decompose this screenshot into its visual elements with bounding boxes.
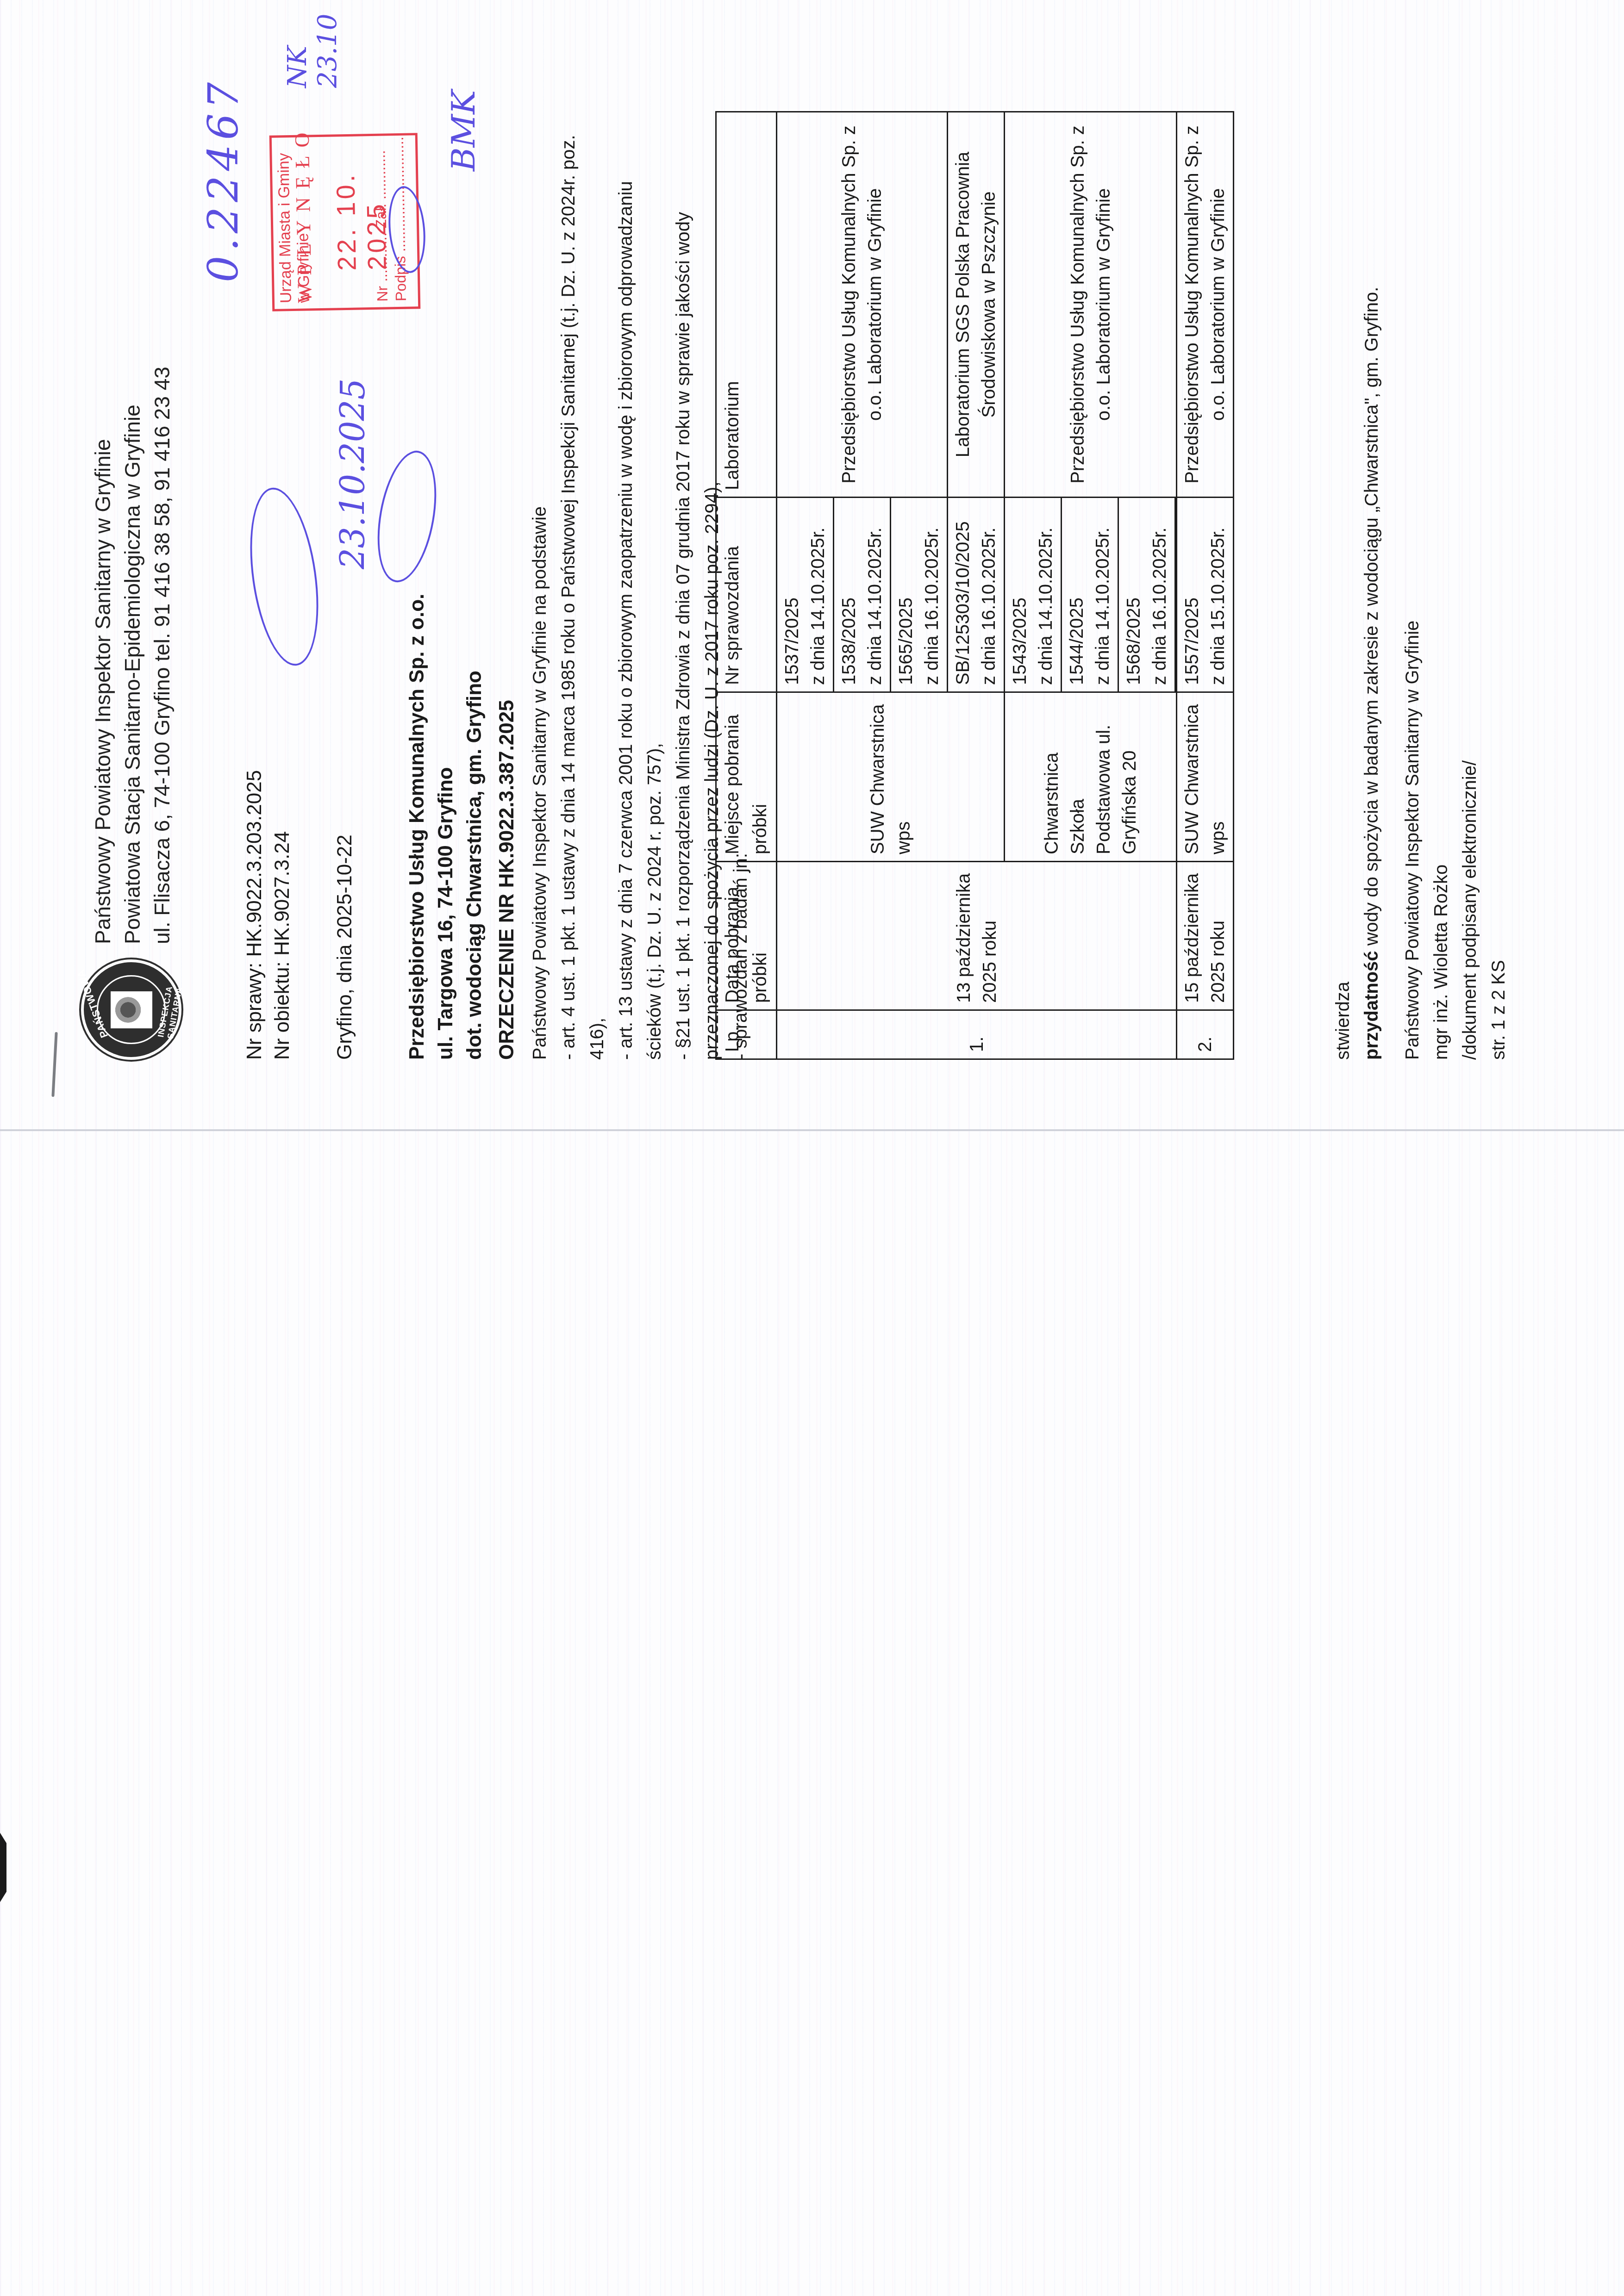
letterhead-station: Powiatowa Stacja Sanitarno-Epidemiologic… [118, 367, 147, 944]
row-laboratory: Laboratorium SGS Polska Pracownia Środow… [948, 112, 1005, 498]
document-date: Gryfino, dnia 2025-10-22 [333, 834, 356, 1060]
report-cell: SB/125303/10/2025z dnia 16.10.2025r. [948, 498, 1005, 692]
recipient-address: ul. Targowa 16, 74-100 Gryfino [431, 594, 460, 1060]
sanitary-inspection-logo-icon: PAŃSTWOWA INSPEKCJA SANITARNA [81, 959, 181, 1060]
report-cell: 1543/2025z dnia 14.10.2025r. [1005, 498, 1062, 692]
handwritten-initials: NK 23.10 [282, 14, 343, 88]
recipient-subject: dot. wodociąg Chwarstnica, gm. Gryfino [460, 594, 489, 1060]
row-laboratory: Przedsiębiorstwo Usług Komunalnych Sp. z… [777, 112, 948, 498]
handwritten-signature-icon [369, 446, 445, 587]
signatory-title: Państwowy Powiatowy Inspektor Sanitarny … [1398, 621, 1427, 1060]
table-header-row: Lp. Data pobrania próbki Miejsce pobrani… [716, 112, 777, 1059]
handwritten-signature-icon [240, 483, 329, 670]
row-lp: 2. [1177, 1010, 1234, 1059]
eagle-emblem-icon [114, 995, 149, 1025]
row-laboratory: Przedsiębiorstwo Usług Komunalnych Sp. z… [1005, 112, 1177, 498]
row-sample-place: SUW Chwarstnica wps [1177, 692, 1234, 862]
case-number: Nr sprawy: HK.9022.3.203.2025 [241, 770, 269, 1060]
object-number: Nr obiektu: HK.9027.3.24 [269, 770, 296, 1060]
conclusion-verb: stwierdza [1329, 287, 1357, 1060]
row-sample-place: Chwarstnica Szkoła Podstawowa ul. Gryfiń… [1005, 692, 1177, 862]
row-lp: 1. [777, 1010, 1177, 1059]
row-sample-date: 15 października 2025 roku [1177, 862, 1234, 1010]
legal-basis-item: - art. 4 ust. 1 pkt. 1 ustawy z dnia 14 … [554, 111, 612, 1060]
sample-results-table: Lp. Data pobrania próbki Miejsce pobrani… [715, 111, 1234, 1060]
row-sample-place: SUW Chwarstnica wps [777, 692, 1005, 862]
header-sample-place: Miejsce pobrania próbki [716, 692, 777, 862]
ruling-intro: Państwowy Powiatowy Inspektor Sanitarny … [525, 111, 554, 1060]
scan-edge-mark [0, 1833, 6, 1902]
table-row: 2. 15 października 2025 roku SUW Chwarst… [1177, 112, 1234, 1059]
letterhead-address: ul. Flisacza 6, 74-100 Gryfino tel. 91 4… [147, 367, 177, 944]
report-cell: 1537/2025z dnia 14.10.2025r. [777, 498, 834, 692]
report-cell: 1538/2025z dnia 14.10.2025r. [834, 498, 891, 692]
header-lp: Lp. [716, 1010, 777, 1059]
report-cell: 1565/2025z dnia 16.10.2025r. [891, 498, 948, 692]
report-cell: 1568/2025z dnia 16.10.2025r. [1118, 498, 1175, 692]
conclusion-rest: wody do spożycia w badanym zakresie z wo… [1362, 287, 1382, 951]
letterhead: Państwowy Powiatowy Inspektor Sanitarny … [88, 367, 177, 944]
ruling-title: ORZECZENIE NR HK.9022.3.387.2025 [495, 700, 518, 1060]
row-sample-date: 13 października 2025 roku [777, 862, 1177, 1010]
recipient-name: Przedsiębiorstwo Usług Komunalnych Sp. z… [403, 594, 431, 1060]
conclusion-bold: przydatność [1362, 951, 1382, 1060]
recipient-block: Przedsiębiorstwo Usług Komunalnych Sp. z… [403, 594, 489, 1060]
header-report-no: Nr sprawozdania [716, 498, 777, 692]
row-laboratory: Przedsiębiorstwo Usług Komunalnych Sp. z… [1177, 112, 1234, 498]
table-row: 1. 13 października 2025 roku SUW Chwarst… [777, 112, 834, 1059]
handwritten-date: 23.10.2025 [333, 379, 372, 569]
report-cell: 1557/2025z dnia 15.10.2025r. [1177, 498, 1234, 692]
header-sample-date: Data pobrania próbki [716, 862, 777, 1010]
conclusion-text: przydatność wody do spożycia w badanym z… [1357, 287, 1386, 1060]
case-numbers: Nr sprawy: HK.9022.3.203.2025 Nr obiektu… [241, 770, 296, 1060]
legal-basis-item: - art. 13 ustawy z dnia 7 czerwca 2001 r… [612, 111, 669, 1060]
handwritten-department: BMK [444, 90, 482, 171]
signatory-name: mgr inż. Wioletta Rożko [1427, 621, 1455, 1060]
page-number: str. 1 z 2 KS [1484, 621, 1513, 1060]
letterhead-authority: Państwowy Powiatowy Inspektor Sanitarny … [88, 367, 118, 944]
e-signature-note: /dokument podpisany elektronicznie/ [1455, 621, 1484, 1060]
document-page: PAŃSTWOWA INSPEKCJA SANITARNA Państwowy … [0, 19, 1555, 1129]
conclusion: stwierdza przydatność wody do spożycia w… [1329, 287, 1386, 1060]
scan-page-edge [0, 1129, 1624, 1131]
header-laboratory: Laboratorium [716, 112, 777, 498]
stamp-received: WPŁYNĘŁO [290, 124, 317, 303]
signature-block: Państwowy Powiatowy Inspektor Sanitarny … [1398, 621, 1513, 1060]
handwritten-registry-number: 0.22467 [199, 78, 248, 282]
report-cell: 1544/2025z dnia 14.10.2025r. [1062, 498, 1118, 692]
